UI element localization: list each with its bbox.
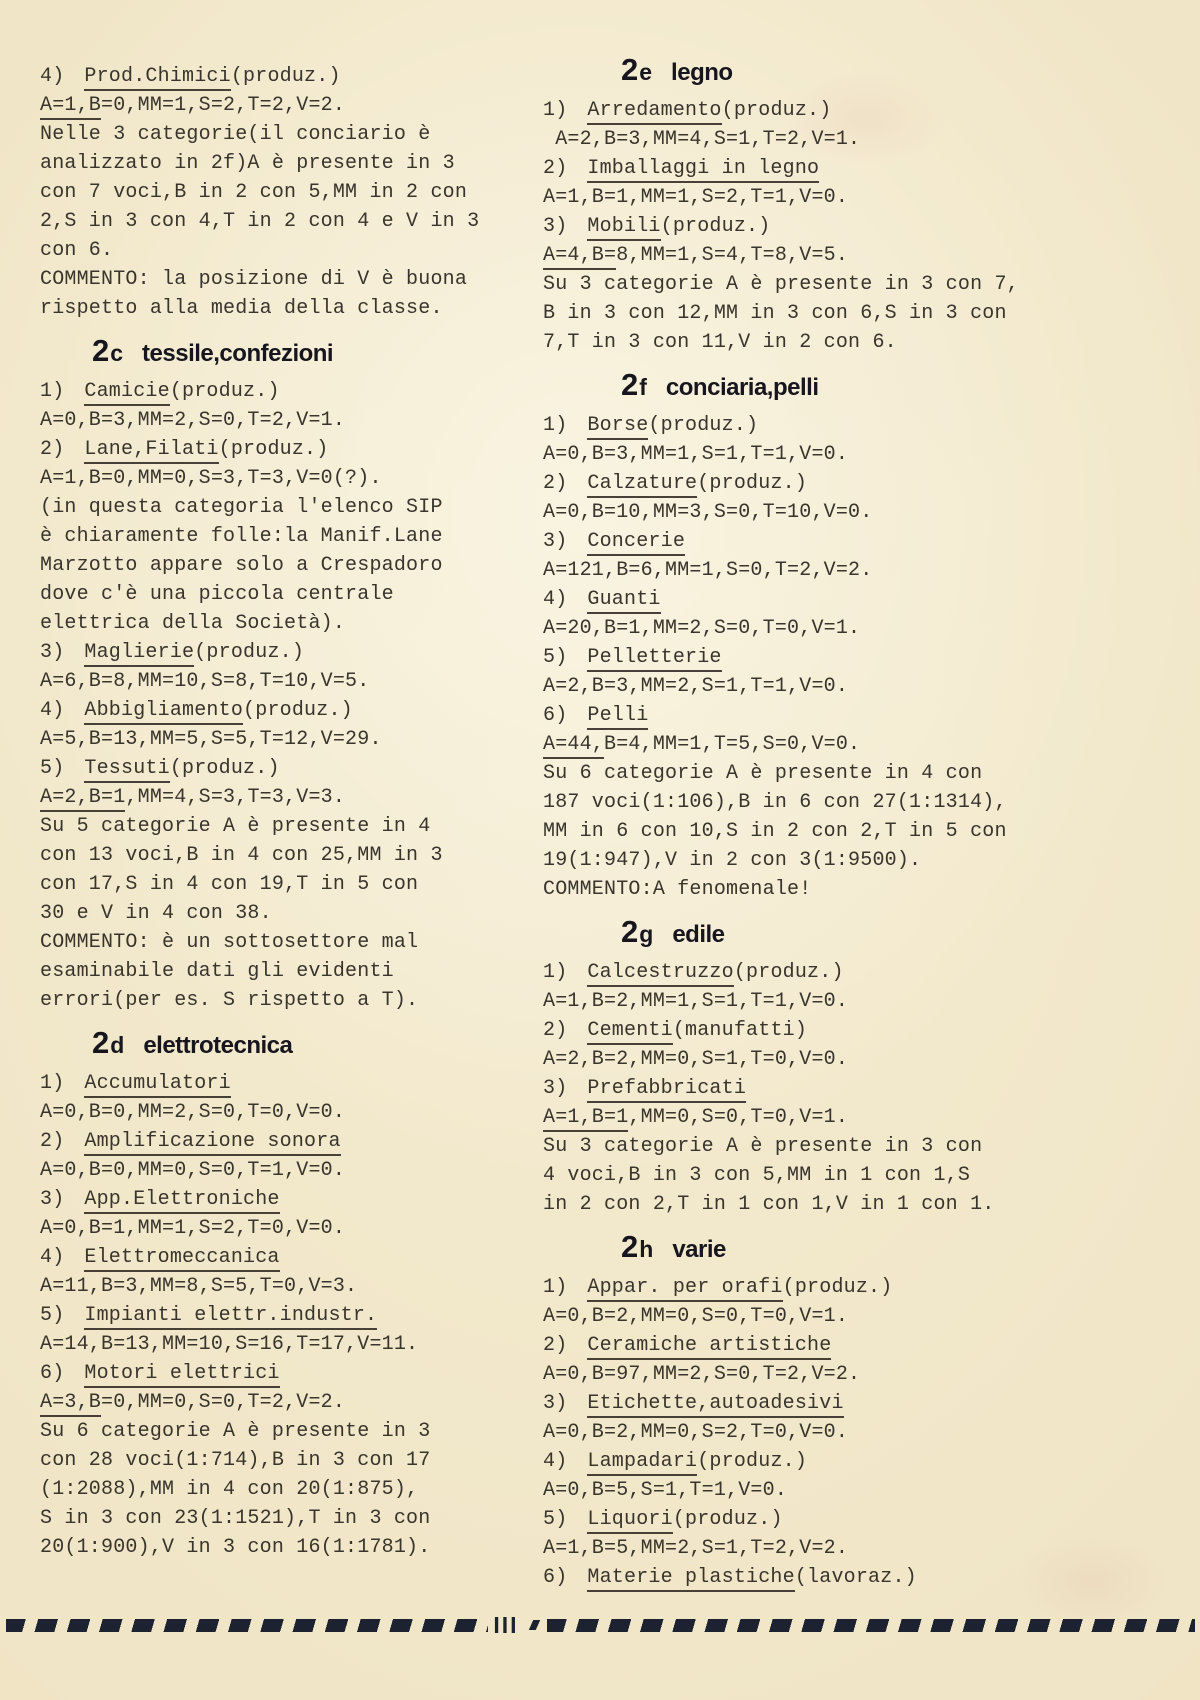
section-code-letter: e — [639, 59, 652, 85]
item-values-line: A=3,B=0,MM=0,S=0,T=2,V=2. — [40, 1388, 518, 1417]
values-text: A=0,B=2,MM=0,S=0,T=0,V=1. — [543, 1305, 848, 1328]
values-text: A=1,B=0,MM=0,S=3,T=3,V=0(?). — [40, 467, 382, 490]
item-qualifier: (produz.) — [219, 438, 329, 461]
list-item-title-line: 4)Prod.Chimici(produz.) — [40, 62, 518, 91]
note-line: con 7 voci,B in 2 con 5,MM in 2 con — [40, 178, 518, 207]
list-item-title-line: 4)Elettromeccanica — [40, 1243, 518, 1272]
item-values-line: A=1,B=0,MM=1,S=2,T=2,V=2. — [40, 91, 518, 120]
note-line: con 6. — [40, 236, 518, 265]
item-values-line: A=121,B=6,MM=1,S=0,T=2,V=2. — [543, 556, 1073, 585]
list-item-title-line: 1)Appar. per orafi(produz.) — [543, 1273, 1073, 1302]
values-text: A=6,B=8,MM=10,S=8,T=10,V=5. — [40, 670, 369, 693]
item-number: 1) — [40, 1072, 64, 1095]
note-line: (1:2088),MM in 4 con 20(1:875), — [40, 1475, 518, 1504]
values-text: A=1,B=5,MM=2,S=1,T=2,V=2. — [543, 1537, 848, 1560]
item-name: Concerie — [587, 530, 685, 556]
values-underlined-part: A=1,B — [40, 94, 101, 120]
item-values-line: A=0,B=2,MM=0,S=2,T=0,V=0. — [543, 1418, 1073, 1447]
section-title: edile — [672, 921, 724, 948]
item-qualifier: (produz.) — [697, 1450, 807, 1473]
note-line: dove c'è una piccola centrale — [40, 580, 518, 609]
list-item-title-line: 4)Abbigliamento(produz.) — [40, 696, 518, 725]
section-code-number: 2 — [621, 52, 638, 87]
values-text: =0,MM=1,S=2,T=2,V=2. — [101, 94, 345, 117]
list-item-title-line: 1)Calcestruzzo(produz.) — [543, 958, 1073, 987]
list-item-title-line: 2)Amplificazione sonora — [40, 1127, 518, 1156]
item-values-line: A=0,B=3,MM=1,S=1,T=1,V=0. — [543, 440, 1073, 469]
section-title: varie — [672, 1236, 726, 1263]
list-item-title-line: 5)Tessuti(produz.) — [40, 754, 518, 783]
item-number: 3) — [40, 1188, 64, 1211]
item-values-line: A=1,B=1,MM=0,S=0,T=0,V=1. — [543, 1103, 1073, 1132]
item-name: Impianti elettr.industr. — [84, 1304, 377, 1330]
item-values-line: A=1,B=0,MM=0,S=3,T=3,V=0(?). — [40, 464, 518, 493]
list-item-title-line: 4)Guanti — [543, 585, 1073, 614]
section-code-number: 2 — [621, 914, 638, 949]
item-values-line: A=44,B=4,MM=1,T=5,S=0,V=0. — [543, 730, 1073, 759]
item-values-line: A=0,B=97,MM=2,S=0,T=2,V=2. — [543, 1360, 1073, 1389]
values-text: A=0,B=3,MM=1,S=1,T=1,V=0. — [543, 443, 848, 466]
item-qualifier: (produz.) — [170, 380, 280, 403]
footer-tick-mark — [529, 1620, 540, 1630]
item-qualifier: (produz.) — [648, 414, 758, 437]
list-item-title-line: 5)Pelletterie — [543, 643, 1073, 672]
item-qualifier: (produz.) — [673, 1508, 783, 1531]
note-line: errori(per es. S rispetto a T). — [40, 986, 518, 1015]
item-values-line: A=11,B=3,MM=8,S=5,T=0,V=3. — [40, 1272, 518, 1301]
item-number: 5) — [40, 1304, 64, 1327]
item-number: 2) — [40, 1130, 64, 1153]
values-text: A=2,B=3,MM=2,S=1,T=1,V=0. — [543, 675, 848, 698]
item-name: Liquori — [587, 1508, 672, 1534]
item-name: Etichette,autoadesivi — [587, 1392, 843, 1418]
note-line: con 13 voci,B in 4 con 25,MM in 3 — [40, 841, 518, 870]
section-heading: 2delettrotecnica — [92, 1026, 518, 1060]
values-underlined-part: A=4,B= — [543, 244, 616, 270]
item-number: 3) — [543, 1392, 567, 1415]
note-line: in 2 con 2,T in 1 con 1,V in 1 con 1. — [543, 1190, 1073, 1219]
note-line: Su 6 categorie A è presente in 4 con — [543, 759, 1073, 788]
note-line: 4 voci,B in 3 con 5,MM in 1 con 1,S — [543, 1161, 1073, 1190]
item-values-line: A=0,B=0,MM=0,S=0,T=1,V=0. — [40, 1156, 518, 1185]
item-name: Tessuti — [84, 757, 169, 783]
item-values-line: A=2,B=1,MM=4,S=3,T=3,V=3. — [40, 783, 518, 812]
section-heading: 2elegno — [621, 53, 1073, 87]
item-number: 1) — [543, 99, 567, 122]
item-values-line: A=1,B=1,MM=1,S=2,T=1,V=0. — [543, 183, 1073, 212]
list-item-title-line: 6)Pelli — [543, 701, 1073, 730]
note-line: esaminabile dati gli evidenti — [40, 957, 518, 986]
item-number: 2) — [543, 157, 567, 180]
values-text: A=0,B=1,MM=1,S=2,T=0,V=0. — [40, 1217, 345, 1240]
item-values-line: A=0,B=3,MM=2,S=0,T=2,V=1. — [40, 406, 518, 435]
values-text: A=0,B=3,MM=2,S=0,T=2,V=1. — [40, 409, 345, 432]
note-line: 2,S in 3 con 4,T in 2 con 4 e V in 3 — [40, 207, 518, 236]
item-number: 2) — [543, 1334, 567, 1357]
item-name: Motori elettrici — [84, 1362, 279, 1388]
footer-stripes-left — [6, 1619, 488, 1632]
item-number: 5) — [543, 1508, 567, 1531]
section: 2fconciaria,pelli1)Borse(produz.)A=0,B=3… — [543, 368, 1073, 904]
item-name: Prod.Chimici — [84, 65, 230, 91]
section-heading: 2gedile — [621, 915, 1073, 949]
values-text: 8,MM=1,S=4,T=8,V=5. — [616, 244, 848, 267]
values-text: A=121,B=6,MM=1,S=0,T=2,V=2. — [543, 559, 872, 582]
item-values-line: A=5,B=13,MM=5,S=5,T=12,V=29. — [40, 725, 518, 754]
item-number: 1) — [543, 414, 567, 437]
list-item-title-line: 3)Concerie — [543, 527, 1073, 556]
list-item-title-line: 2)Lane,Filati(produz.) — [40, 435, 518, 464]
list-item-title-line: 3)App.Elettroniche — [40, 1185, 518, 1214]
note-line: Nelle 3 categorie(il conciario è — [40, 120, 518, 149]
item-number: 3) — [543, 215, 567, 238]
list-item-title-line: 1)Borse(produz.) — [543, 411, 1073, 440]
section-title: elettrotecnica — [143, 1032, 292, 1059]
item-number: 6) — [543, 704, 567, 727]
item-name: Ceramiche artistiche — [587, 1334, 831, 1360]
item-qualifier: (produz.) — [661, 215, 771, 238]
item-qualifier: (produz.) — [243, 699, 353, 722]
note-line: 20(1:900),V in 3 con 16(1:1781). — [40, 1533, 518, 1562]
page-footer: III — [0, 1612, 1200, 1638]
item-values-line: A=4,B=8,MM=1,S=4,T=8,V=5. — [543, 241, 1073, 270]
list-item-title-line: 3)Mobili(produz.) — [543, 212, 1073, 241]
values-text: A=0,B=97,MM=2,S=0,T=2,V=2. — [543, 1363, 860, 1386]
section-heading: 2ctessile,confezioni — [92, 334, 518, 368]
item-number: 2) — [543, 472, 567, 495]
item-qualifier: (produz.) — [722, 99, 832, 122]
values-text: ,MM=4,S=3,T=3,V=3. — [125, 786, 345, 809]
section: 2delettrotecnica1)AccumulatoriA=0,B=0,MM… — [40, 1026, 518, 1562]
item-number: 5) — [40, 757, 64, 780]
item-qualifier: (manufatti) — [673, 1019, 807, 1042]
note-line: Su 6 categorie A è presente in 3 — [40, 1417, 518, 1446]
list-item-title-line: 6)Motori elettrici — [40, 1359, 518, 1388]
item-name: Arredamento — [587, 99, 721, 125]
values-text: A=0,B=0,MM=2,S=0,T=0,V=0. — [40, 1101, 345, 1124]
list-item-title-line: 3)Prefabbricati — [543, 1074, 1073, 1103]
section: 2ctessile,confezioni1)Camicie(produz.)A=… — [40, 334, 518, 1015]
values-text: A=14,B=13,MM=10,S=16,T=17,V=11. — [40, 1333, 418, 1356]
values-text: A=0,B=5,S=1,T=1,V=0. — [543, 1479, 787, 1502]
note-line: con 28 voci(1:714),B in 3 con 17 — [40, 1446, 518, 1475]
section-code-number: 2 — [621, 367, 638, 402]
note-line: S in 3 con 23(1:1521),T in 3 con — [40, 1504, 518, 1533]
item-values-line: A=0,B=1,MM=1,S=2,T=0,V=0. — [40, 1214, 518, 1243]
section-title: legno — [671, 59, 733, 86]
item-values-line: A=14,B=13,MM=10,S=16,T=17,V=11. — [40, 1330, 518, 1359]
list-item-title-line: 1)Arredamento(produz.) — [543, 96, 1073, 125]
item-name: Appar. per orafi — [587, 1276, 782, 1302]
values-underlined-part: A=44, — [543, 733, 604, 759]
item-values-line: A=2,B=3,MM=4,S=1,T=2,V=1. — [543, 125, 1073, 154]
item-name: Borse — [587, 414, 648, 440]
item-name: Accumulatori — [84, 1072, 230, 1098]
note-line: COMMENTO: è un sottosettore mal — [40, 928, 518, 957]
values-underlined-part: A=1,B=1 — [543, 1106, 628, 1132]
item-values-line: A=6,B=8,MM=10,S=8,T=10,V=5. — [40, 667, 518, 696]
list-item-title-line: 2)Ceramiche artistiche — [543, 1331, 1073, 1360]
note-line: MM in 6 con 10,S in 2 con 2,T in 5 con — [543, 817, 1073, 846]
note-line: Marzotto appare solo a Crespadoro — [40, 551, 518, 580]
section-code-letter: h — [639, 1236, 653, 1262]
item-name: Prefabbricati — [587, 1077, 746, 1103]
section-title: tessile,confezioni — [142, 340, 333, 367]
item-name: Amplificazione sonora — [84, 1130, 340, 1156]
section-heading: 2hvarie — [621, 1230, 1073, 1264]
item-name: Abbigliamento — [84, 699, 243, 725]
item-number: 4) — [40, 1246, 64, 1269]
item-values-line: A=0,B=2,MM=0,S=0,T=0,V=1. — [543, 1302, 1073, 1331]
item-name: Mobili — [587, 215, 660, 241]
list-item-title-line: 5)Impianti elettr.industr. — [40, 1301, 518, 1330]
item-qualifier: (produz.) — [170, 757, 280, 780]
section-code-letter: g — [639, 921, 653, 947]
values-text: =0,MM=0,S=0,T=2,V=2. — [101, 1391, 345, 1414]
item-number: 3) — [40, 641, 64, 664]
values-text: A=5,B=13,MM=5,S=5,T=12,V=29. — [40, 728, 382, 751]
note-line: analizzato in 2f)A è presente in 3 — [40, 149, 518, 178]
note-line: 7,T in 3 con 11,V in 2 con 6. — [543, 328, 1073, 357]
section: 2gedile1)Calcestruzzo(produz.)A=1,B=2,MM… — [543, 915, 1073, 1219]
list-item-title-line: 1)Accumulatori — [40, 1069, 518, 1098]
item-values-line: A=2,B=2,MM=0,S=1,T=0,V=0. — [543, 1045, 1073, 1074]
list-item-title-line: 2)Cementi(manufatti) — [543, 1016, 1073, 1045]
note-line: Su 5 categorie A è presente in 4 — [40, 812, 518, 841]
values-text: ,MM=0,S=0,T=0,V=1. — [628, 1106, 848, 1129]
item-number: 6) — [40, 1362, 64, 1385]
section-code-letter: f — [639, 374, 647, 400]
note-line: elettrica della Società). — [40, 609, 518, 638]
note-line: 19(1:947),V in 2 con 3(1:9500). — [543, 846, 1073, 875]
note-line: 30 e V in 4 con 38. — [40, 899, 518, 928]
note-line: COMMENTO:A fenomenale! — [543, 875, 1073, 904]
section-heading: 2fconciaria,pelli — [621, 368, 1073, 402]
item-qualifier: (produz.) — [697, 472, 807, 495]
item-values-line: A=0,B=5,S=1,T=1,V=0. — [543, 1476, 1073, 1505]
list-item-title-line: 1)Camicie(produz.) — [40, 377, 518, 406]
item-qualifier: (produz.) — [783, 1276, 893, 1299]
item-name: App.Elettroniche — [84, 1188, 279, 1214]
item-name: Lampadari — [587, 1450, 697, 1476]
list-item-title-line: 3)Etichette,autoadesivi — [543, 1389, 1073, 1418]
list-item-title-line: 5)Liquori(produz.) — [543, 1505, 1073, 1534]
item-number: 6) — [543, 1566, 567, 1589]
values-underlined-part: A=3,B — [40, 1391, 101, 1417]
section-code-number: 2 — [92, 1025, 109, 1060]
note-line: Su 3 categorie A è presente in 3 con — [543, 1132, 1073, 1161]
item-name: Cementi — [587, 1019, 672, 1045]
item-values-line: A=2,B=3,MM=2,S=1,T=1,V=0. — [543, 672, 1073, 701]
item-name: Lane,Filati — [84, 438, 218, 464]
list-item-title-line: 2)Imballaggi in legno — [543, 154, 1073, 183]
item-number: 4) — [40, 699, 64, 722]
item-qualifier: (lavoraz.) — [795, 1566, 917, 1589]
section-code-number: 2 — [621, 1229, 638, 1264]
section-code-letter: c — [110, 340, 123, 366]
note-line: rispetto alla media della classe. — [40, 294, 518, 323]
scanned-page: 4)Prod.Chimici(produz.)A=1,B=0,MM=1,S=2,… — [0, 0, 1200, 1700]
right-column: 2elegno1)Arredamento(produz.) A=2,B=3,MM… — [543, 42, 1073, 1592]
values-text: A=2,B=3,MM=4,S=1,T=2,V=1. — [543, 128, 860, 151]
item-values-line: A=0,B=0,MM=2,S=0,T=0,V=0. — [40, 1098, 518, 1127]
values-text: A=0,B=0,MM=0,S=0,T=1,V=0. — [40, 1159, 345, 1182]
item-number: 4) — [543, 1450, 567, 1473]
list-item-title-line: 3)Maglierie(produz.) — [40, 638, 518, 667]
list-item-title-line: 2)Calzature(produz.) — [543, 469, 1073, 498]
section: 2elegno1)Arredamento(produz.) A=2,B=3,MM… — [543, 53, 1073, 357]
section-code-number: 2 — [92, 333, 109, 368]
item-name: Pelli — [587, 704, 648, 730]
item-number: 4) — [543, 588, 567, 611]
item-values-line: A=1,B=2,MM=1,S=1,T=1,V=0. — [543, 987, 1073, 1016]
list-item-title-line: 6)Materie plastiche(lavoraz.) — [543, 1563, 1073, 1592]
note-line: è chiaramente folle:la Manif.Lane — [40, 522, 518, 551]
item-qualifier: (produz.) — [194, 641, 304, 664]
values-text: B=4,MM=1,T=5,S=0,V=0. — [604, 733, 860, 756]
item-qualifier: (produz.) — [734, 961, 844, 984]
values-underlined-part: A=2,B=1 — [40, 786, 125, 812]
footer-stripes-right — [547, 1619, 1195, 1632]
values-text: A=2,B=2,MM=0,S=1,T=0,V=0. — [543, 1048, 848, 1071]
list-item-title-line: 4)Lampadari(produz.) — [543, 1447, 1073, 1476]
values-text: A=20,B=1,MM=2,S=0,T=0,V=1. — [543, 617, 860, 640]
item-number: 5) — [543, 646, 567, 669]
item-name: Pelletterie — [587, 646, 721, 672]
item-number: 2) — [543, 1019, 567, 1042]
item-number: 1) — [543, 961, 567, 984]
page-number: III — [488, 1614, 524, 1636]
note-line: 187 voci(1:106),B in 6 con 27(1:1314), — [543, 788, 1073, 817]
note-line: COMMENTO: la posizione di V è buona — [40, 265, 518, 294]
section-title: conciaria,pelli — [666, 374, 819, 401]
section: 2hvarie1)Appar. per orafi(produz.)A=0,B=… — [543, 1230, 1073, 1592]
values-text: A=0,B=10,MM=3,S=0,T=10,V=0. — [543, 501, 872, 524]
section-code-letter: d — [110, 1032, 124, 1058]
item-name: Calcestruzzo — [587, 961, 733, 987]
note-line: (in questa categoria l'elenco SIP — [40, 493, 518, 522]
item-number: 4) — [40, 65, 64, 88]
item-qualifier: (produz.) — [231, 65, 341, 88]
item-name: Materie plastiche — [587, 1566, 794, 1592]
item-number: 3) — [543, 1077, 567, 1100]
note-line: Su 3 categorie A è presente in 3 con 7, — [543, 270, 1073, 299]
values-text: A=1,B=1,MM=1,S=2,T=1,V=0. — [543, 186, 848, 209]
item-values-line: A=0,B=10,MM=3,S=0,T=10,V=0. — [543, 498, 1073, 527]
item-number: 1) — [543, 1276, 567, 1299]
item-number: 1) — [40, 380, 64, 403]
item-number: 2) — [40, 438, 64, 461]
item-values-line: A=1,B=5,MM=2,S=1,T=2,V=2. — [543, 1534, 1073, 1563]
item-name: Camicie — [84, 380, 169, 406]
item-name: Elettromeccanica — [84, 1246, 279, 1272]
note-line: con 17,S in 4 con 19,T in 5 con — [40, 870, 518, 899]
values-text: A=1,B=2,MM=1,S=1,T=1,V=0. — [543, 990, 848, 1013]
values-text: A=0,B=2,MM=0,S=2,T=0,V=0. — [543, 1421, 848, 1444]
note-line: B in 3 con 12,MM in 3 con 6,S in 3 con — [543, 299, 1073, 328]
values-text: A=11,B=3,MM=8,S=5,T=0,V=3. — [40, 1275, 357, 1298]
item-name: Guanti — [587, 588, 660, 614]
left-column: 4)Prod.Chimici(produz.)A=1,B=0,MM=1,S=2,… — [40, 62, 518, 1562]
item-name: Maglierie — [84, 641, 194, 667]
item-name: Calzature — [587, 472, 697, 498]
item-name: Imballaggi in legno — [587, 157, 819, 183]
item-number: 3) — [543, 530, 567, 553]
section: 4)Prod.Chimici(produz.)A=1,B=0,MM=1,S=2,… — [40, 62, 518, 323]
item-values-line: A=20,B=1,MM=2,S=0,T=0,V=1. — [543, 614, 1073, 643]
